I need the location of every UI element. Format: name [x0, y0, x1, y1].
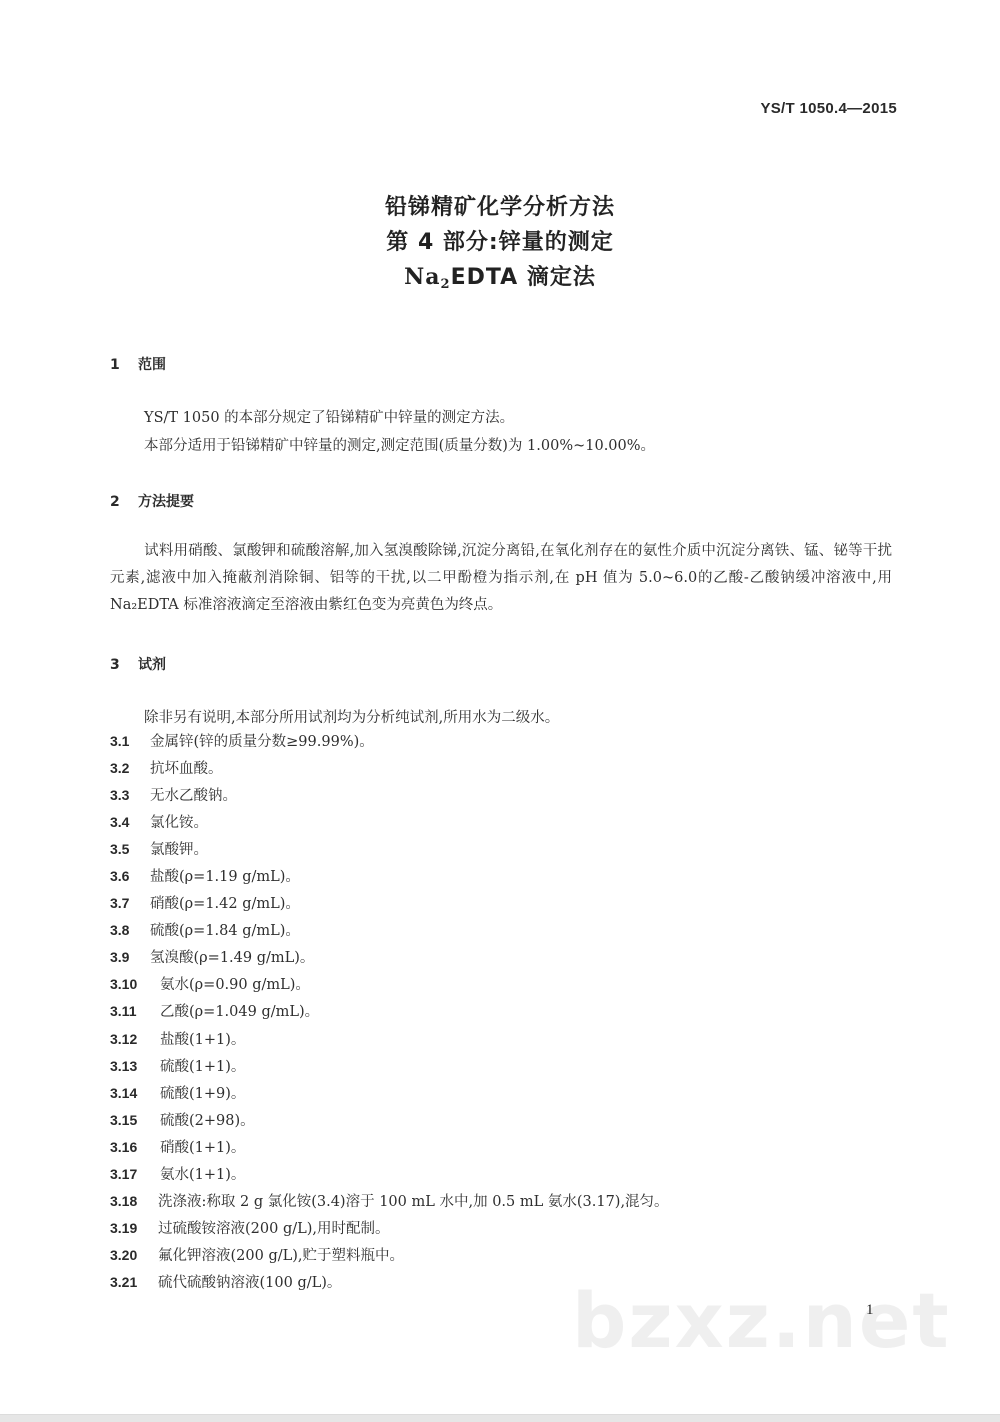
- reagent-item: 3.14硫酸(1+9)。: [110, 1080, 245, 1107]
- reagent-item: 3.6盐酸(ρ=1.19 g/mL)。: [110, 863, 300, 890]
- principle-text: 试料用硝酸、氯酸钾和硫酸溶解,加入氢溴酸除锑,沉淀分离铅,在氧化剂存在的氨性介质…: [110, 543, 892, 613]
- item-number: 3.7: [110, 890, 150, 917]
- item-text: 硝酸(ρ=1.42 g/mL)。: [150, 896, 300, 912]
- reagent-item: 3.3无水乙酸钠。: [110, 782, 237, 809]
- item-text: 硫酸(1+1)。: [160, 1059, 245, 1075]
- item-number: 3.2: [110, 755, 150, 782]
- item-text: 金属锌(锌的质量分数≥99.99%)。: [150, 734, 374, 750]
- reagent-item: 3.1金属锌(锌的质量分数≥99.99%)。: [110, 728, 374, 755]
- watermark: bzxz.net: [572, 1276, 951, 1366]
- principle-paragraph: 试料用硝酸、氯酸钾和硫酸溶解,加入氢溴酸除锑,沉淀分离铅,在氧化剂存在的氨性介质…: [110, 538, 892, 619]
- section-number: 2: [110, 494, 138, 510]
- reagent-item: 3.12盐酸(1+1)。: [110, 1026, 245, 1053]
- item-number: 3.12: [110, 1026, 160, 1053]
- section-title: 试剂: [138, 657, 166, 673]
- item-number: 3.21: [110, 1269, 158, 1296]
- section-heading-reagents: 3试剂: [110, 654, 166, 674]
- reagent-item: 3.13硫酸(1+1)。: [110, 1053, 245, 1080]
- item-text: 氢溴酸(ρ=1.49 g/mL)。: [150, 950, 314, 966]
- page-number: 1: [866, 1302, 874, 1319]
- section-heading-principle: 2方法提要: [110, 491, 194, 511]
- item-text: 氯酸钾。: [150, 842, 208, 858]
- item-text: 氨水(ρ=0.90 g/mL)。: [160, 977, 310, 993]
- reagent-item: 3.15硫酸(2+98)。: [110, 1107, 255, 1134]
- item-number: 3.10: [110, 971, 160, 998]
- item-text: 氟化钾溶液(200 g/L),贮于塑料瓶中。: [158, 1248, 404, 1264]
- item-number: 3.19: [110, 1215, 158, 1242]
- item-number: 3.9: [110, 944, 150, 971]
- item-number: 3.6: [110, 863, 150, 890]
- reagent-item: 3.9氢溴酸(ρ=1.49 g/mL)。: [110, 944, 314, 971]
- title-line-2: 第 4 部分:锌量的测定: [0, 225, 1000, 260]
- page-bottom-edge: [0, 1414, 1000, 1422]
- title-line-3: Na2EDTA 滴定法: [0, 260, 1000, 295]
- reagent-item: 3.8硫酸(ρ=1.84 g/mL)。: [110, 917, 300, 944]
- section-title: 范围: [138, 357, 166, 373]
- item-number: 3.4: [110, 809, 150, 836]
- reagent-item: 3.2抗坏血酸。: [110, 755, 223, 782]
- item-number: 3.20: [110, 1242, 158, 1269]
- reagent-item: 3.10氨水(ρ=0.90 g/mL)。: [110, 971, 310, 998]
- item-text: 硫代硫酸钠溶液(100 g/L)。: [158, 1275, 341, 1291]
- item-text: 硝酸(1+1)。: [160, 1140, 245, 1156]
- item-number: 3.18: [110, 1188, 158, 1215]
- item-text: 抗坏血酸。: [150, 761, 223, 777]
- item-text: 洗涤液:称取 2 g 氯化铵(3.4)溶于 100 mL 水中,加 0.5 mL…: [158, 1194, 669, 1210]
- item-number: 3.14: [110, 1080, 160, 1107]
- reagent-item: 3.16硝酸(1+1)。: [110, 1134, 245, 1161]
- item-text: 硫酸(2+98)。: [160, 1113, 255, 1129]
- item-text: 盐酸(ρ=1.19 g/mL)。: [150, 869, 300, 885]
- reagent-item: 3.21硫代硫酸钠溶液(100 g/L)。: [110, 1269, 341, 1296]
- reagent-item: 3.19过硫酸铵溶液(200 g/L),用时配制。: [110, 1215, 390, 1242]
- item-number: 3.5: [110, 836, 150, 863]
- reagent-item: 3.20氟化钾溶液(200 g/L),贮于塑料瓶中。: [110, 1242, 404, 1269]
- item-number: 3.17: [110, 1161, 160, 1188]
- reagent-item: 3.11乙酸(ρ=1.049 g/mL)。: [110, 998, 319, 1025]
- reagent-item: 3.4氯化铵。: [110, 809, 208, 836]
- reagent-item: 3.17氨水(1+1)。: [110, 1161, 245, 1188]
- reagent-item: 3.5氯酸钾。: [110, 836, 208, 863]
- item-number: 3.1: [110, 728, 150, 755]
- item-text: 无水乙酸钠。: [150, 788, 237, 804]
- item-number: 3.11: [110, 998, 160, 1025]
- item-number: 3.13: [110, 1053, 160, 1080]
- standard-code: YS/T 1050.4—2015: [760, 100, 897, 117]
- item-number: 3.15: [110, 1107, 160, 1134]
- reagent-item: 3.7硝酸(ρ=1.42 g/mL)。: [110, 890, 300, 917]
- item-text: 乙酸(ρ=1.049 g/mL)。: [160, 1004, 319, 1020]
- section-number: 3: [110, 657, 138, 673]
- item-number: 3.8: [110, 917, 150, 944]
- scope-paragraph-2: 本部分适用于铅锑精矿中锌量的测定,测定范围(质量分数)为 1.00%~10.00…: [144, 434, 655, 455]
- item-text: 盐酸(1+1)。: [160, 1032, 245, 1048]
- document-page: YS/T 1050.4—2015 铅锑精矿化学分析方法 第 4 部分:锌量的测定…: [0, 0, 1000, 1414]
- item-text: 硫酸(ρ=1.84 g/mL)。: [150, 923, 300, 939]
- section-number: 1: [110, 357, 138, 373]
- section-heading-scope: 1范围: [110, 354, 166, 374]
- title-line-1: 铅锑精矿化学分析方法: [0, 190, 1000, 225]
- document-title: 铅锑精矿化学分析方法 第 4 部分:锌量的测定 Na2EDTA 滴定法: [0, 190, 1000, 295]
- title-na: Na: [404, 264, 440, 290]
- section-title: 方法提要: [138, 494, 194, 510]
- reagent-item: 3.18洗涤液:称取 2 g 氯化铵(3.4)溶于 100 mL 水中,加 0.…: [110, 1188, 669, 1215]
- item-number: 3.3: [110, 782, 150, 809]
- title-edta: EDTA 滴定法: [451, 265, 596, 290]
- item-text: 氨水(1+1)。: [160, 1167, 245, 1183]
- scope-paragraph-1: YS/T 1050 的本部分规定了铅锑精矿中锌量的测定方法。: [144, 406, 514, 427]
- title-subscript: 2: [441, 277, 451, 292]
- item-text: 硫酸(1+9)。: [160, 1086, 245, 1102]
- item-number: 3.16: [110, 1134, 160, 1161]
- item-text: 过硫酸铵溶液(200 g/L),用时配制。: [158, 1221, 390, 1237]
- reagents-intro: 除非另有说明,本部分所用试剂均为分析纯试剂,所用水为二级水。: [144, 706, 559, 727]
- item-text: 氯化铵。: [150, 815, 208, 831]
